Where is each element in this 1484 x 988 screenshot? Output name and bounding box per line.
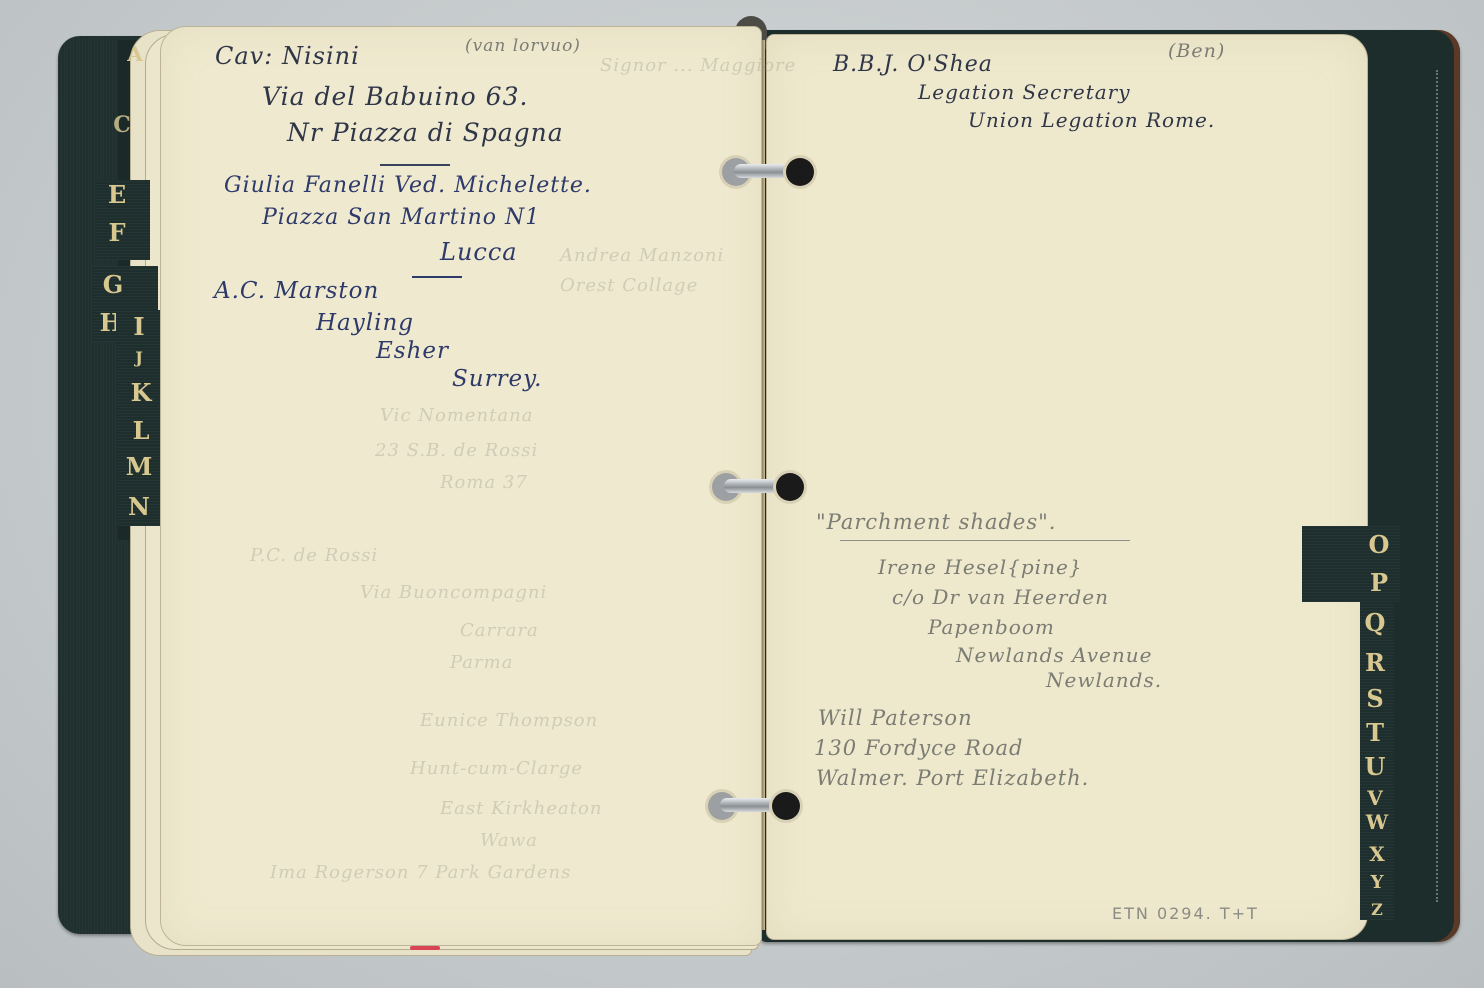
bleed-through-text: 23 S.B. de Rossi (375, 440, 538, 461)
index-tab-y[interactable]: Y (1362, 872, 1392, 893)
entry-name: B.B.J. O'Shea (833, 52, 993, 77)
entry-divider (380, 164, 450, 166)
cover-stitching (1436, 70, 1438, 902)
bleed-through-text: Parma (450, 652, 513, 673)
entry-line: 130 Fordyce Road (814, 736, 1023, 760)
index-tab-p[interactable]: P (1364, 568, 1394, 597)
entry-line: Newlands. (1046, 668, 1162, 692)
entry-note: (Ben) (1168, 40, 1225, 62)
bleed-through-text: Signor ... Maggiore (600, 55, 796, 76)
bleed-through-text: Andrea Manzoni (560, 245, 724, 266)
index-tab-j[interactable]: J (124, 348, 154, 367)
index-tab-e[interactable]: E (102, 180, 132, 209)
entry-line: Legation Secretary (918, 80, 1131, 104)
catalog-number: ETN 0294. T+T (1112, 904, 1259, 923)
index-tab-a[interactable]: A (120, 42, 150, 66)
binder-ring-bottom (708, 788, 800, 824)
entry-note: (van lorvuo) (465, 36, 581, 56)
bleed-through-text: Vic Nomentana (380, 405, 533, 426)
index-tab-m[interactable]: M (124, 452, 154, 481)
bleed-through-text: Orest Collage (560, 275, 698, 296)
entry-name: A.C. Marston (214, 278, 379, 304)
index-tab-v[interactable]: V (1360, 786, 1390, 810)
entry-line: Lucca (440, 238, 518, 266)
index-tab-c[interactable]: C (107, 112, 137, 138)
index-tab-k[interactable]: K (126, 378, 156, 407)
entry-line: Via del Babuino 63. (262, 82, 528, 111)
right-page (766, 34, 1368, 940)
index-tab-i[interactable]: I (124, 312, 154, 341)
entry-line: Walmer. Port Elizabeth. (816, 766, 1089, 790)
bleed-through-text: Via Buoncompagni (360, 582, 547, 603)
index-tab-z[interactable]: Z (1362, 900, 1392, 919)
bleed-through-text: Wawa (480, 830, 538, 851)
entry-line: Piazza San Martino N1 (262, 205, 540, 230)
bleed-through-text: Ima Rogerson 7 Park Gardens (270, 862, 571, 883)
index-tab-o[interactable]: O (1364, 530, 1394, 559)
red-ink-mark (410, 946, 440, 950)
section-heading: "Parchment shades". (816, 510, 1056, 534)
entry-line: Esher (376, 338, 449, 364)
entry-line: Hayling (316, 310, 414, 336)
index-tab-g[interactable]: G (98, 270, 128, 299)
entry-name: Cav: Nisini (215, 42, 360, 70)
index-tab-s[interactable]: S (1360, 684, 1390, 713)
index-tab-x[interactable]: X (1362, 842, 1392, 866)
index-tab-n[interactable]: N (124, 492, 154, 521)
entry-line: Nr Piazza di Spagna (287, 118, 564, 147)
binder-ring-middle (712, 469, 804, 505)
bleed-through-text: Carrara (460, 620, 539, 641)
heading-underline (840, 540, 1130, 541)
entry-name: Irene Hesel{pine} (878, 555, 1083, 579)
entry-line: c/o Dr van Heerden (892, 585, 1109, 609)
index-tab-t[interactable]: T (1360, 718, 1390, 747)
entry-line: Newlands Avenue (956, 643, 1152, 667)
index-tab-u[interactable]: U (1360, 752, 1390, 781)
entry-divider (412, 276, 462, 278)
index-tab-f[interactable]: F (102, 218, 132, 247)
index-tab-r[interactable]: R (1360, 648, 1390, 677)
bleed-through-text: Roma 37 (440, 472, 528, 493)
bleed-through-text: Hunt-cum-Clarge (410, 758, 583, 779)
index-tab-l[interactable]: L (126, 416, 156, 445)
entry-line: Surrey. (452, 366, 542, 392)
index-tab-w[interactable]: W (1362, 810, 1392, 834)
bleed-through-text: P.C. de Rossi (250, 545, 378, 566)
binder-ring-top (722, 154, 814, 190)
index-tab-q[interactable]: Q (1360, 608, 1390, 637)
entry-line: Papenboom (928, 615, 1055, 639)
entry-name: Will Paterson (818, 706, 973, 730)
entry-line: Union Legation Rome. (968, 108, 1215, 132)
entry-name: Giulia Fanelli Ved. Michelette. (224, 173, 592, 198)
bleed-through-text: East Kirkheaton (440, 798, 602, 819)
bleed-through-text: Eunice Thompson (420, 710, 598, 731)
